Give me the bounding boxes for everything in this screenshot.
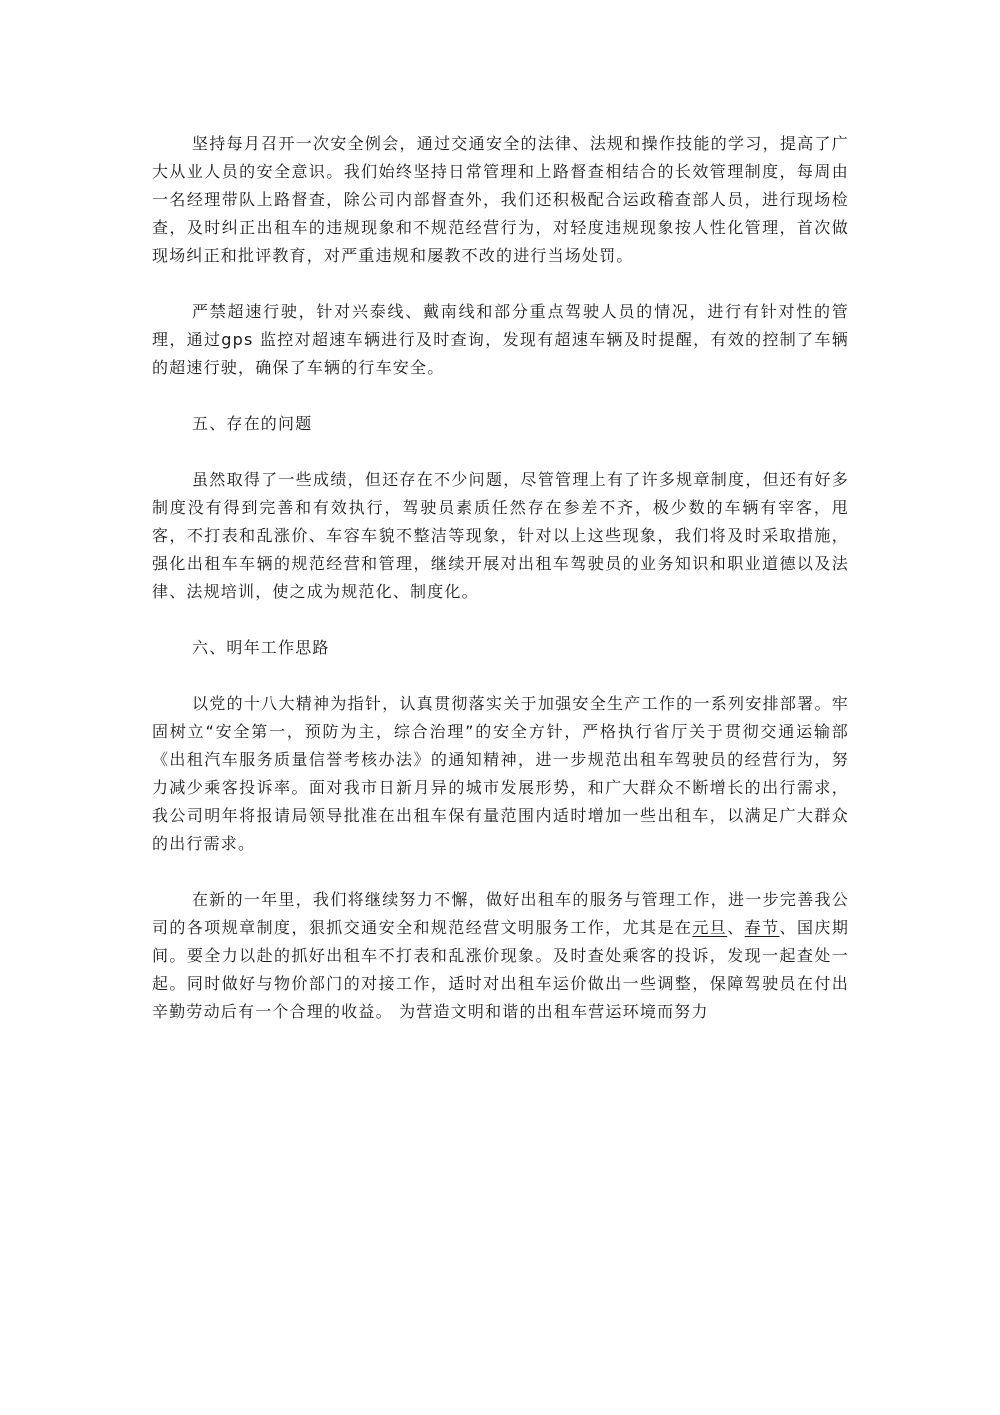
- document-page: 坚持每月召开一次安全例会，通过交通安全的法律、法规和操作技能的学习，提高了广大从…: [152, 130, 849, 1026]
- link-new-year-day[interactable]: 元旦: [692, 918, 727, 937]
- paragraph-speeding-control: 严禁超速行驶，针对兴泰线、戴南线和部分重点驾驶人员的情况，进行有针对性的管理，通…: [152, 298, 849, 382]
- paragraph-guiding-principles: 以党的十八大精神为指针，认真贯彻落实关于加强安全生产工作的一系列安排部署。牢固树…: [152, 690, 849, 858]
- separator: 、: [727, 918, 744, 937]
- section-heading-existing-problems: 五、存在的问题: [152, 410, 849, 438]
- section-heading-next-year-plan: 六、明年工作思路: [152, 634, 849, 662]
- paragraph-new-year-work: 在新的一年里，我们将继续努力不懈，做好出租车的服务与管理工作，进一步完善我公司的…: [152, 886, 849, 1026]
- link-spring-festival[interactable]: 春节: [745, 918, 780, 937]
- paragraph-existing-problems: 虽然取得了一些成绩，但还存在不少问题，尽管管理上有了许多规章制度，但还有好多制度…: [152, 466, 849, 606]
- paragraph-safety-meetings: 坚持每月召开一次安全例会，通过交通安全的法律、法规和操作技能的学习，提高了广大从…: [152, 130, 849, 270]
